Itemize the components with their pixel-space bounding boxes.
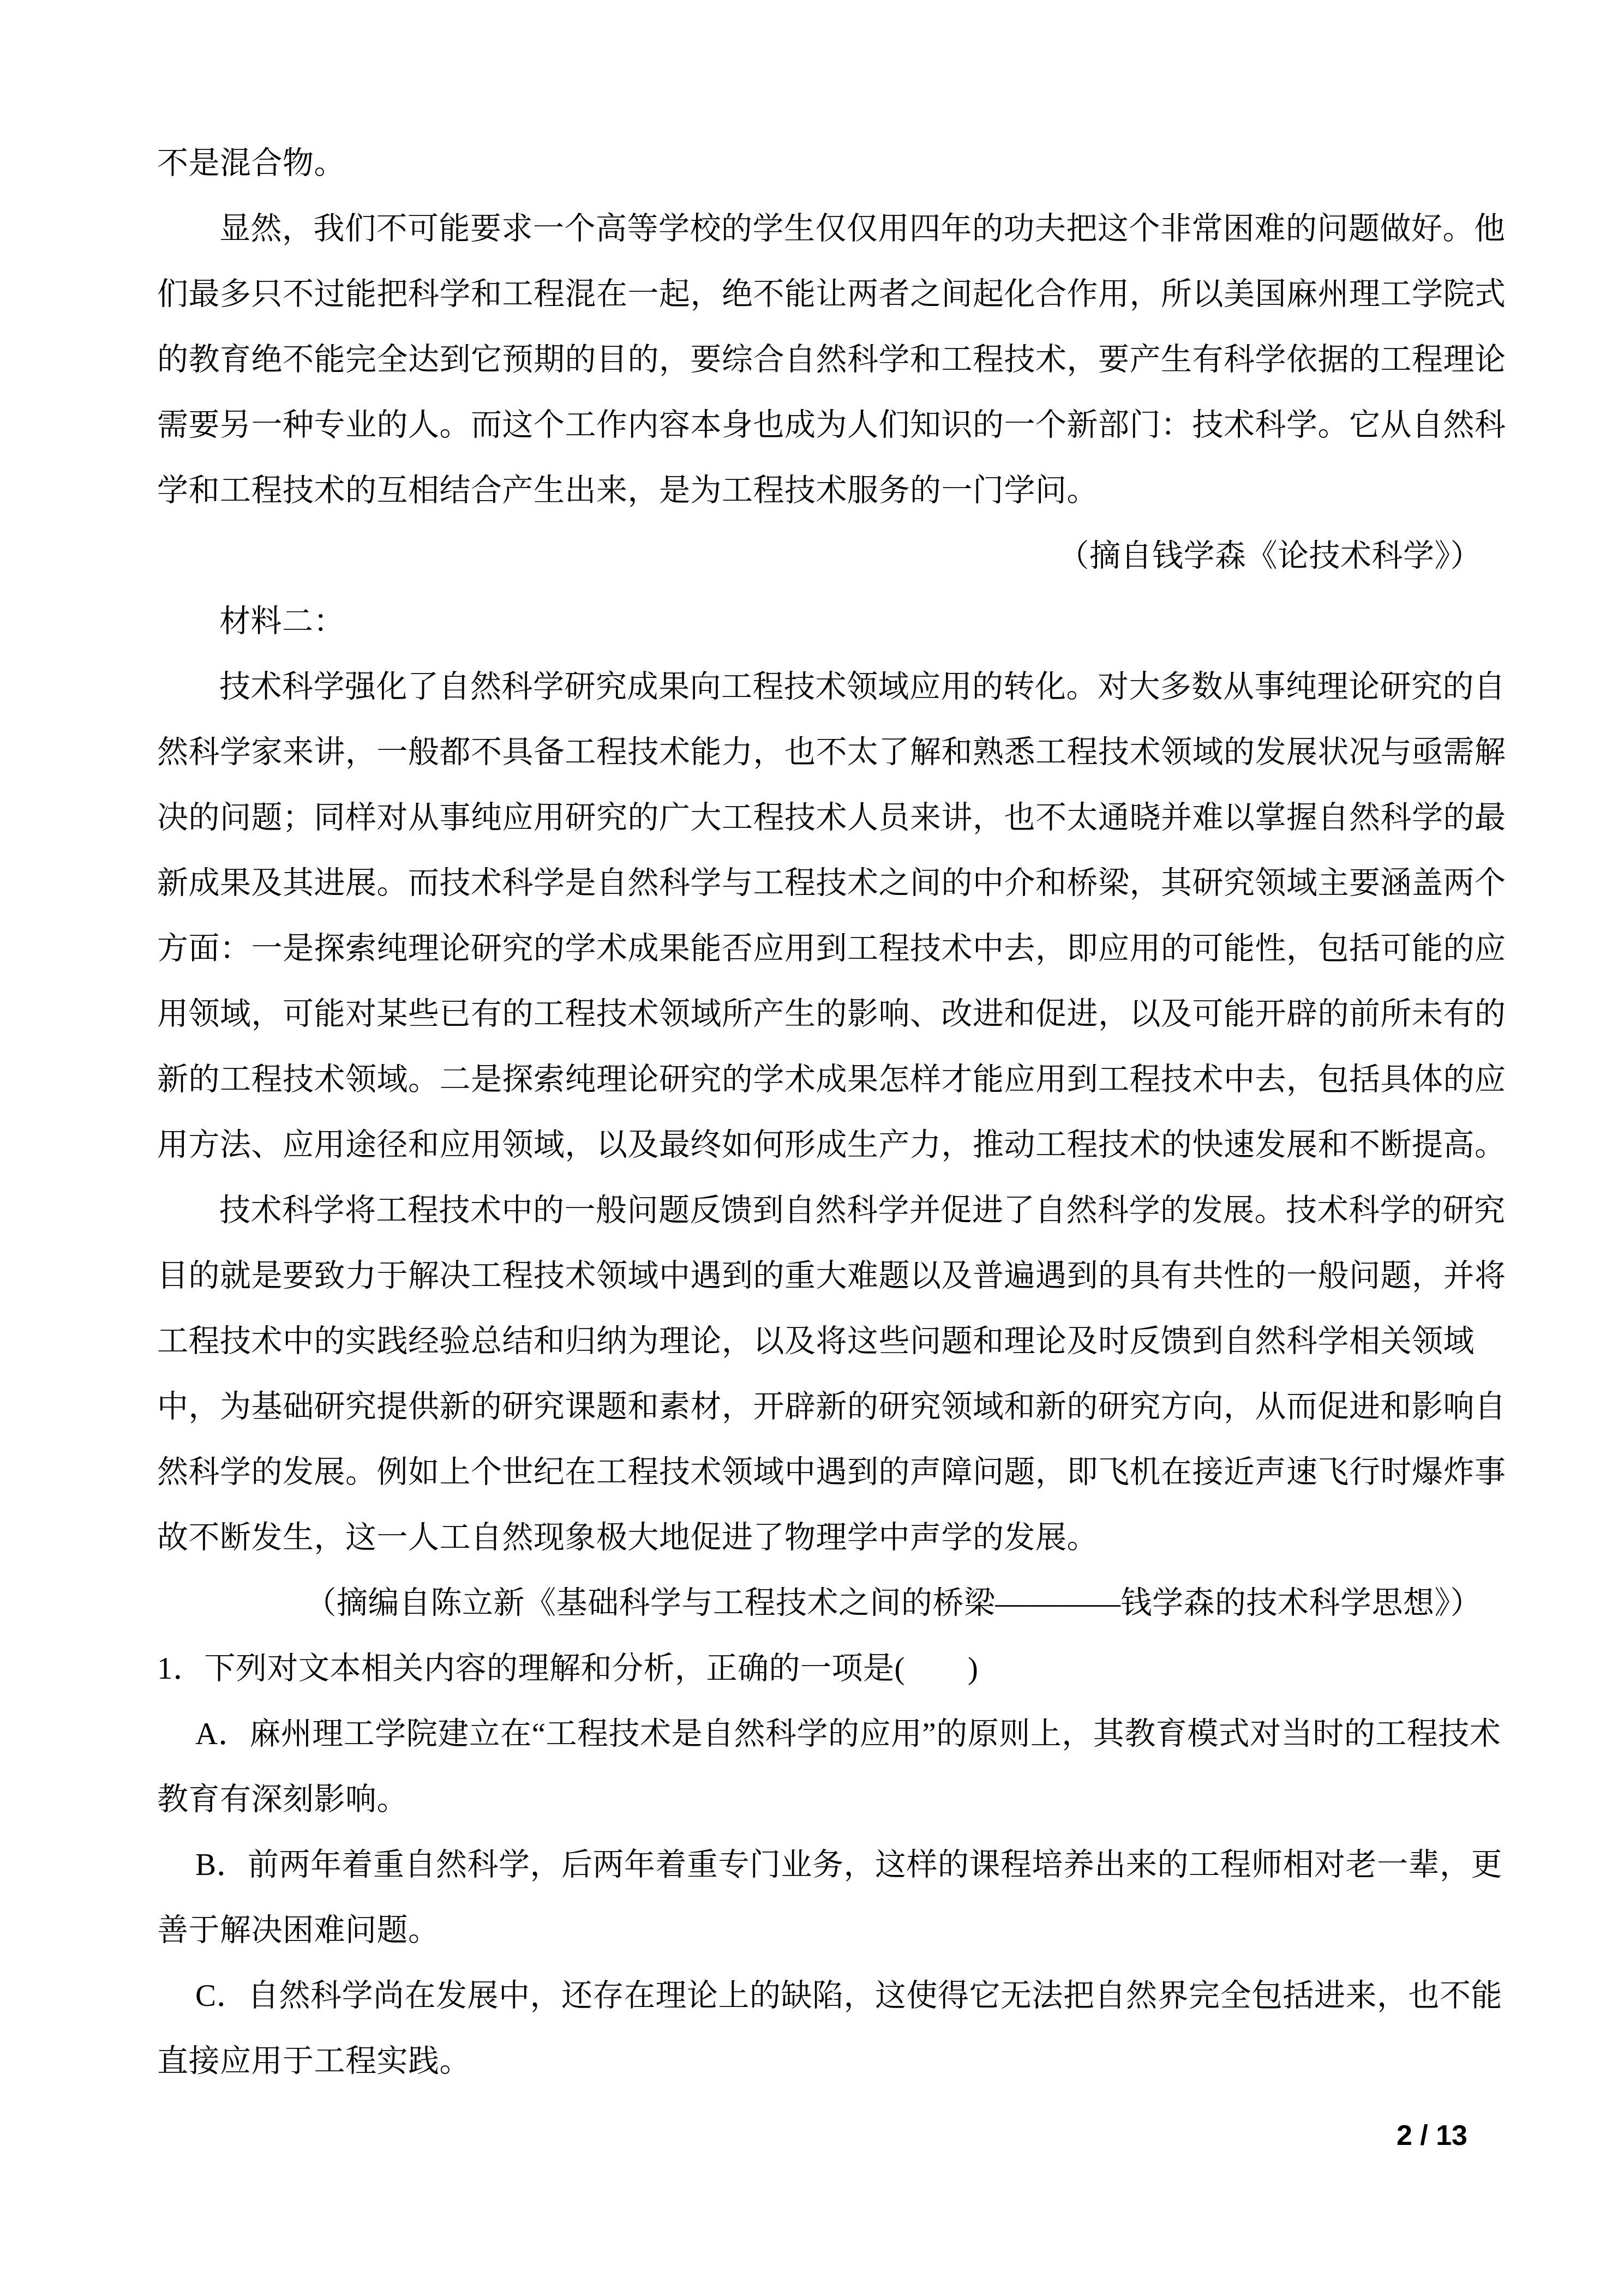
- document-page: 不是混合物。 显然，我们不可能要求一个高等学校的学生仅仅用四年的功夫把这个非常困…: [0, 0, 1624, 2296]
- body-line: 然科学的发展。例如上个世纪在工程技术领域中遇到的声障问题，即飞机在接近声速飞行时…: [157, 1440, 1482, 1505]
- body-line: 新成果及其进展。而技术科学是自然科学与工程技术之间的中介和桥梁，其研究领域主要涵…: [157, 851, 1482, 916]
- body-line: 们最多只不过能把科学和工程混在一起，绝不能让两者之间起化合作用，所以美国麻州理工…: [157, 262, 1482, 327]
- body-line: 故不断发生，这一人工自然现象极大地促进了物理学中声学的发展。: [157, 1505, 1482, 1571]
- document-content: 不是混合物。 显然，我们不可能要求一个高等学校的学生仅仅用四年的功夫把这个非常困…: [157, 131, 1482, 2094]
- body-line: 技术科学将工程技术中的一般问题反馈到自然科学并促进了自然科学的发展。技术科学的研…: [157, 1178, 1482, 1243]
- option-c: C．自然科学尚在发展中，还存在理论上的缺陷，这使得它无法把自然界完全包括进来，也…: [157, 1963, 1482, 2029]
- body-line: 用领域，可能对某些已有的工程技术领域所产生的影响、改进和促进，以及可能开辟的前所…: [157, 982, 1482, 1047]
- body-line: 目的就是要致力于解决工程技术领域中遇到的重大难题以及普遍遇到的具有共性的一般问题…: [157, 1243, 1482, 1309]
- material-2-label: 材料二：: [157, 589, 1482, 654]
- body-line: 方面：一是探索纯理论研究的学术成果能否应用到工程技术中去，即应用的可能性，包括可…: [157, 916, 1482, 982]
- option-b-continued: 善于解决困难问题。: [157, 1898, 1482, 1963]
- body-line: 中，为基础研究提供新的研究课题和素材，开辟新的研究领域和新的研究方向，从而促进和…: [157, 1374, 1482, 1440]
- source-citation-2: （摘编自陈立新《基础科学与工程技术之间的桥梁————钱学森的技术科学思想》）: [157, 1571, 1482, 1636]
- body-line: 显然，我们不可能要求一个高等学校的学生仅仅用四年的功夫把这个非常困难的问题做好。…: [157, 196, 1482, 262]
- page-number: 2 / 13: [1397, 2119, 1467, 2152]
- source-citation-1: （摘自钱学森《论技术科学》）: [157, 524, 1482, 589]
- body-line: 用方法、应用途径和应用领域，以及最终如何形成生产力，推动工程技术的快速发展和不断…: [157, 1113, 1482, 1178]
- body-line: 不是混合物。: [157, 131, 1482, 196]
- body-line: 然科学家来讲，一般都不具备工程技术能力，也不太了解和熟悉工程技术领域的发展状况与…: [157, 720, 1482, 785]
- option-b: B．前两年着重自然科学，后两年着重专门业务，这样的课程培养出来的工程师相对老一辈…: [157, 1832, 1482, 1898]
- option-a: A．麻州理工学院建立在“工程技术是自然科学的应用”的原则上，其教育模式对当时的工…: [157, 1702, 1482, 1767]
- body-line: 的教育绝不能完全达到它预期的目的，要综合自然科学和工程技术，要产生有科学依据的工…: [157, 327, 1482, 393]
- body-line: 工程技术中的实践经验总结和归纳为理论，以及将这些问题和理论及时反馈到自然科学相关…: [157, 1309, 1482, 1374]
- body-line: 学和工程技术的互相结合产生出来，是为工程技术服务的一门学问。: [157, 458, 1482, 524]
- body-line: 决的问题；同样对从事纯应用研究的广大工程技术人员来讲，也不太通晓并难以掌握自然科…: [157, 785, 1482, 851]
- option-a-continued: 教育有深刻影响。: [157, 1767, 1482, 1832]
- question-1-stem: 1．下列对文本相关内容的理解和分析，正确的一项是( ): [157, 1636, 1482, 1702]
- body-line: 技术科学强化了自然科学研究成果向工程技术领域应用的转化。对大多数从事纯理论研究的…: [157, 654, 1482, 720]
- option-c-continued: 直接应用于工程实践。: [157, 2029, 1482, 2094]
- body-line: 需要另一种专业的人。而这个工作内容本身也成为人们知识的一个新部门：技术科学。它从…: [157, 393, 1482, 458]
- body-line: 新的工程技术领域。二是探索纯理论研究的学术成果怎样才能应用到工程技术中去，包括具…: [157, 1047, 1482, 1113]
